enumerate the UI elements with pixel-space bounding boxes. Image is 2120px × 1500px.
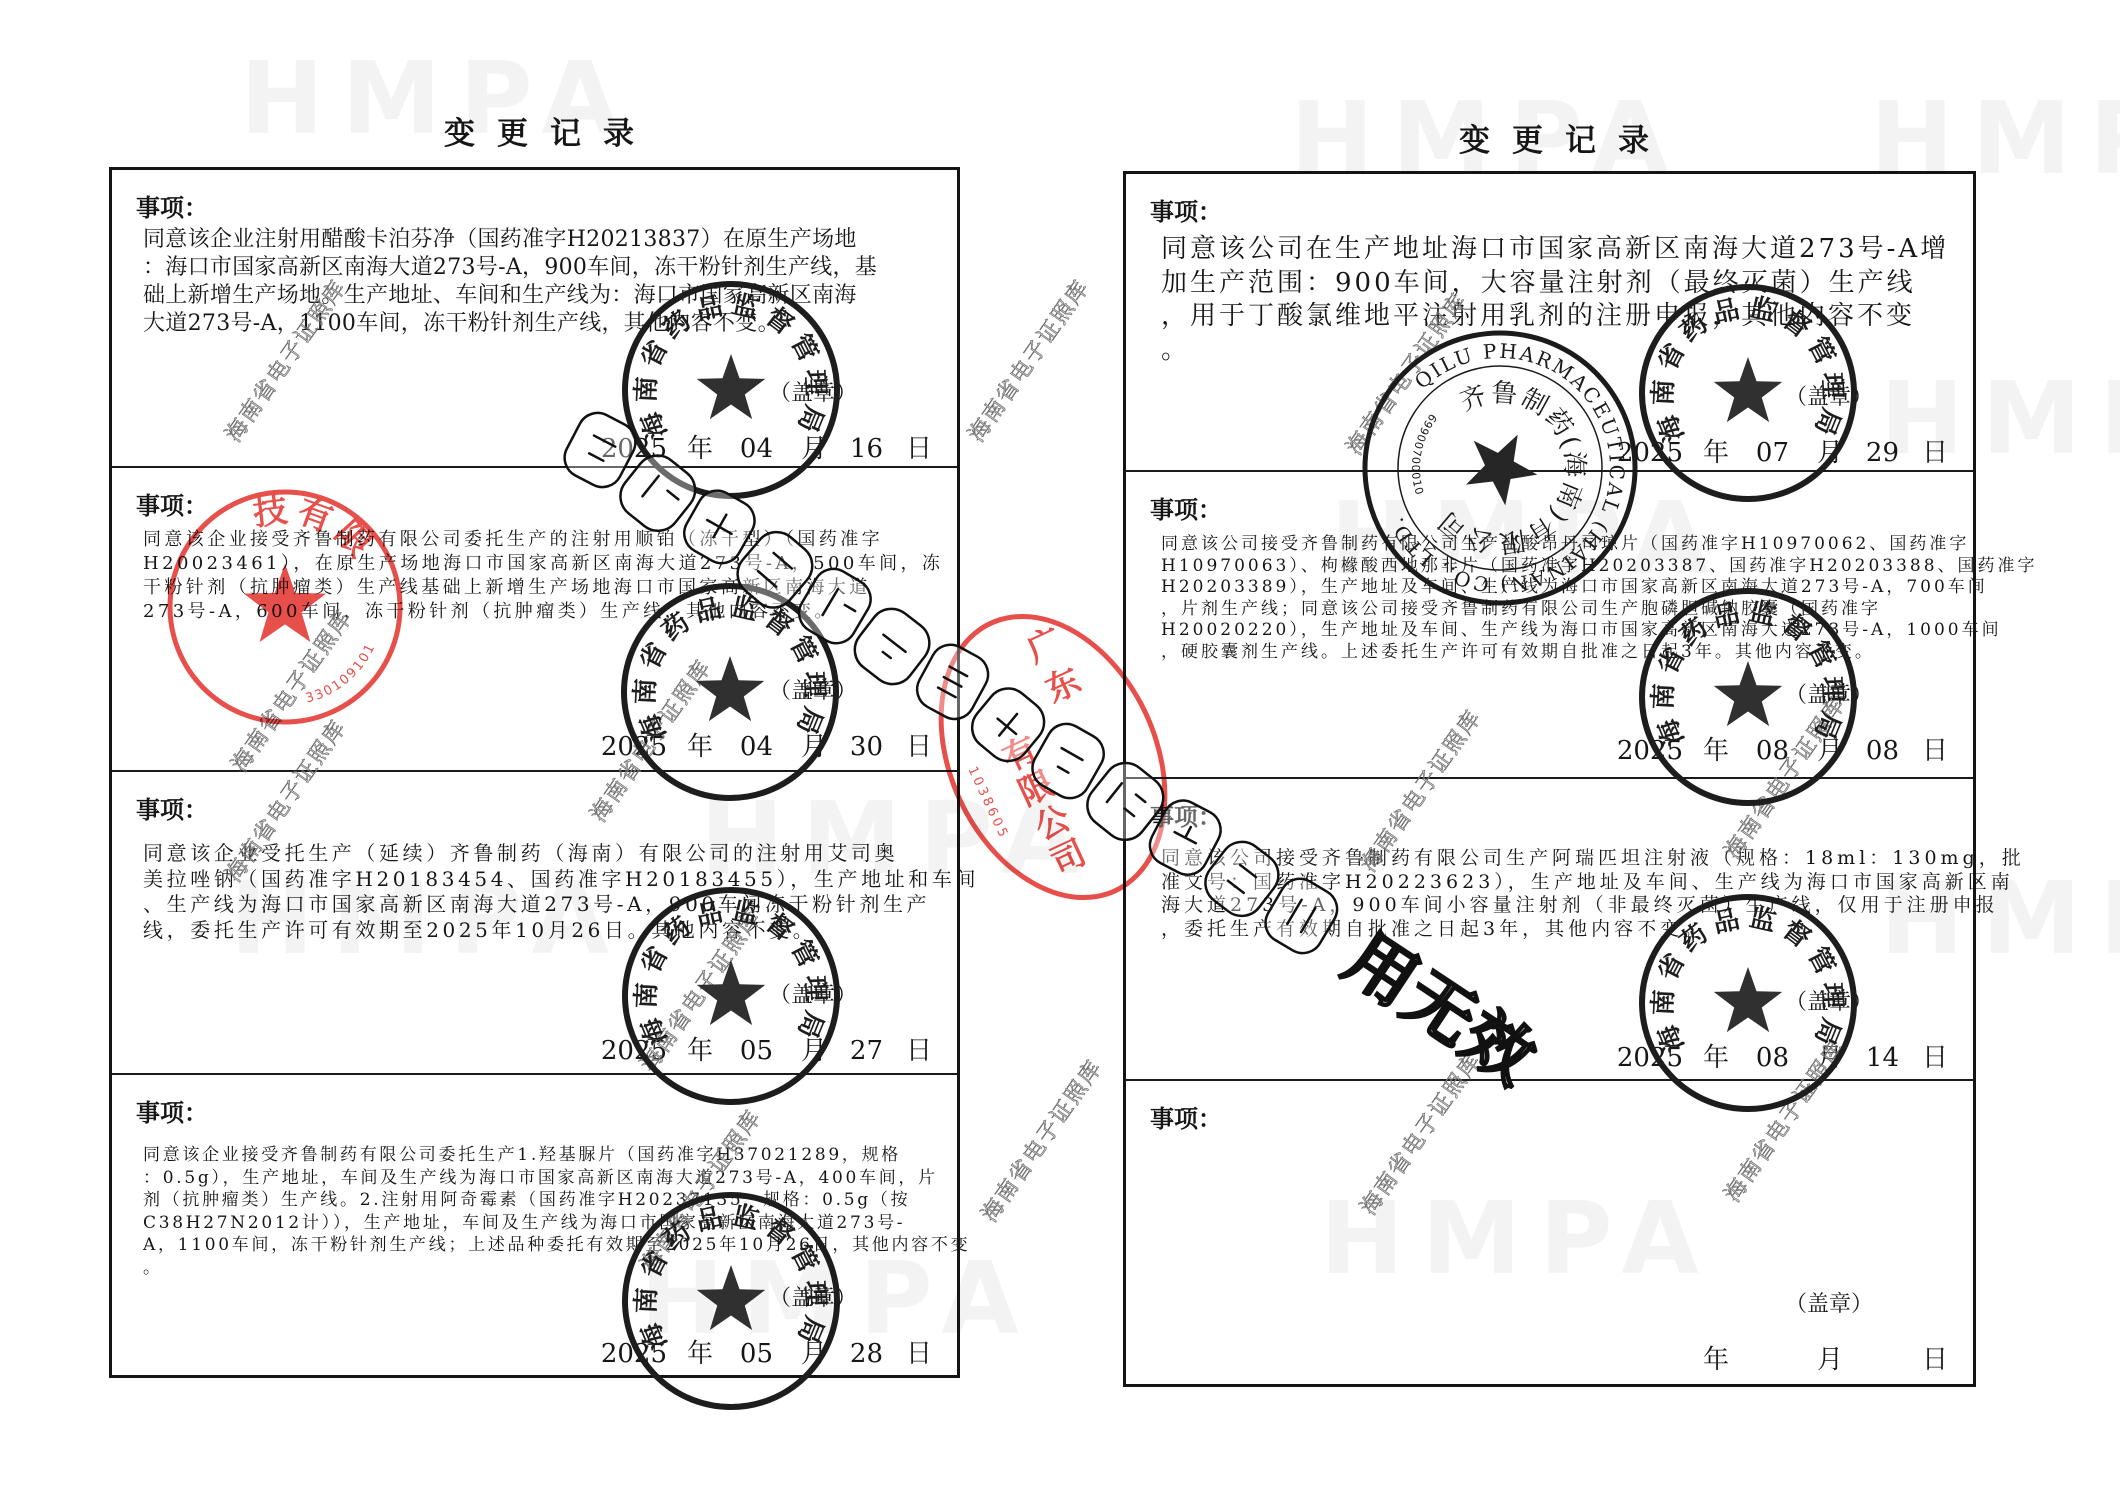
text-line: 同意该企业注射用醋酸卡泊芬净（国药准字H20213837）在原生产场地 xyxy=(143,226,877,254)
seal-number: 330109101 xyxy=(304,640,379,706)
text-line: 线，委托生产许可有效期至2025年10月26日。其他内容不变。 xyxy=(143,918,979,944)
authority-seal: 海南省药品监督管理局 xyxy=(611,876,851,1116)
day-unit: 日 xyxy=(1922,735,1948,767)
text-line: 同意该企业接受齐鲁制药有限公司委托生产1.羟基脲片（国药准字H37021289，… xyxy=(143,1144,970,1167)
text-line: 同意该公司接受齐鲁制药有限公司生产阿瑞匹坦注射液（规格：18ml：130mg，批 xyxy=(1161,847,2025,871)
authority-seal: 海南省药品监督管理局 xyxy=(610,572,850,812)
seal-inner-text: 有限公司 xyxy=(987,728,1096,886)
star-icon xyxy=(244,564,326,642)
page-title-left: 变更记录 xyxy=(390,116,710,152)
star-icon xyxy=(697,354,765,419)
item-label: 事项： xyxy=(136,195,208,221)
star-icon xyxy=(697,1265,765,1330)
item-text: 同意该企业受托生产（延续）齐鲁制药（海南）有限公司的注射用艾司奥 美拉唑钠（国药… xyxy=(143,841,979,943)
date-day: 08 xyxy=(1866,735,1899,767)
svg-text:330109101: 330109101 xyxy=(304,640,379,706)
text-line: H20020220），生产地址及车间、生产线为海口市国家高新区南海大道273号-… xyxy=(1161,620,2038,642)
star-icon xyxy=(697,960,765,1025)
star-icon xyxy=(1714,357,1782,422)
company-seal-qilu: QILU PHARMACEUTICAL (HAINAN) CO., LTD. 齐… xyxy=(1350,318,1650,618)
date-day: 14 xyxy=(1866,1042,1899,1074)
authority-seal: 海南省药品监督管理局 xyxy=(1628,577,1868,817)
library-watermark: 海南省电子证照库 xyxy=(973,1052,1109,1227)
date-day: 29 xyxy=(1866,437,1899,469)
day-unit: 日 xyxy=(906,1338,932,1370)
item-text: 同意该公司接受齐鲁制药有限公司生产阿瑞匹坦注射液（规格：18ml：130mg，批… xyxy=(1161,847,2025,941)
item-label: 事项： xyxy=(1150,199,1222,225)
item-label: 事项： xyxy=(136,797,208,823)
change-entry-empty: 事项： （盖章） 年 月 日 xyxy=(1126,1079,1973,1386)
day-unit: 日 xyxy=(1922,437,1948,469)
star-icon xyxy=(1714,967,1782,1032)
text-line: 、生产线为海口市国家高新区南海大道273号-A，900车间冻干粉针剂生产 xyxy=(143,892,979,918)
date-row: 年 月 日 xyxy=(1126,1344,1973,1376)
item-label: 事项： xyxy=(136,1100,208,1126)
date-day: 27 xyxy=(850,1035,883,1067)
item-label: 事项： xyxy=(1150,1106,1222,1132)
library-watermark: 海南省电子证照库 xyxy=(960,272,1096,447)
seal-outer-text: 广东 xyxy=(1012,620,1094,720)
authority-seal: 海南省药品监督管理局 xyxy=(1628,883,1868,1123)
star-icon xyxy=(1714,661,1782,726)
day-unit: 日 xyxy=(1922,1344,1948,1376)
month-unit: 月 xyxy=(1817,1344,1843,1376)
day-unit: 日 xyxy=(1922,1042,1948,1074)
day-unit: 日 xyxy=(906,1035,932,1067)
seal-label: （盖章） xyxy=(1785,1292,1873,1318)
date-day: 30 xyxy=(850,731,883,763)
date-day: 28 xyxy=(850,1338,883,1370)
authority-seal: 海南省药品监督管理局 xyxy=(611,270,851,510)
text-line: ，硬胶囊剂生产线。上述委托生产许可有效期自批准之日起3年。其他内容不变。 xyxy=(1161,642,2038,664)
svg-text:技有限: 技有限 xyxy=(251,489,383,569)
seal-ring-text: 技有限 xyxy=(251,489,383,569)
text-line: 同意该公司在生产地址海口市国家高新区南海大道273号-A增 xyxy=(1161,233,1949,267)
item-label: 事项： xyxy=(1150,497,1222,523)
star-icon xyxy=(1464,427,1544,510)
authority-seal: 海南省药品监督管理局 xyxy=(611,1181,851,1421)
text-line: 准文号：国药准字H20223623），生产地址及车间、生产线为海口市国家高新区南 xyxy=(1161,871,2025,895)
year-unit: 年 xyxy=(1703,1344,1729,1376)
red-company-seal: 技有限 330109101 xyxy=(155,477,415,737)
text-line: ，委托生产有效期自批准之日起3年，其他内容不变。 xyxy=(1161,918,2025,942)
text-line: 海大道273号-A，900车间小容量注射剂（非最终灭菌）生产线，仅用于注册申报 xyxy=(1161,894,2025,918)
document-page: HMPA HMPA HMPA HMPA HMPA HMPA HMPA HMPA … xyxy=(0,0,2120,1500)
day-unit: 日 xyxy=(906,731,932,763)
page-title-right: 变更记录 xyxy=(1405,123,1725,159)
text-line: 美拉唑钠（国药准字H20183454、国药准字H20183455），生产地址和车… xyxy=(143,867,979,893)
day-unit: 日 xyxy=(906,433,932,465)
star-icon xyxy=(696,656,764,721)
authority-seal: 海南省药品监督管理局 xyxy=(1628,273,1868,513)
date-day: 16 xyxy=(850,433,883,465)
